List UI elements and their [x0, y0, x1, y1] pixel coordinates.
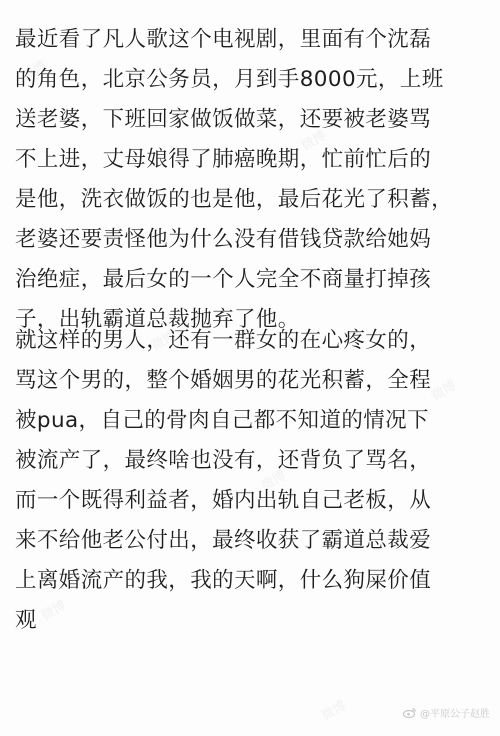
text-line: 来不给他老公付出，最终收获了霸道总裁爱: [15, 521, 490, 561]
text-line: 治绝症，最后女的一个人完全不商量打掉孩: [15, 260, 490, 300]
text-line: 不上进，丈母娘得了肺癌晚期，忙前忙后的: [15, 140, 490, 180]
text-line: 送老婆，下班回家做饭做菜，还要被老婆骂: [15, 100, 490, 140]
post-screenshot: 微博 微博 微博 微博 微博 微博 微博 最近看了凡人歌这个电视剧，里面有个沈磊…: [0, 0, 500, 736]
weibo-icon: [403, 707, 417, 718]
text-line: 而一个既得利益者，婚内出轨自己老板，从: [15, 481, 490, 521]
text-line: 的角色，北京公务员，月到手8000元，上班: [15, 60, 490, 100]
text-line: 最近看了凡人歌这个电视剧，里面有个沈磊: [15, 20, 490, 60]
text-line: 观: [15, 601, 490, 641]
text-line: 是他，洗衣做饭的也是他，最后花光了积蓄，: [15, 180, 490, 220]
watermark-text: @平原公子赵胜: [420, 705, 490, 720]
background-watermark: 微博: [317, 695, 349, 724]
weibo-watermark: @平原公子赵胜: [403, 705, 490, 720]
text-line: 骂这个男的，整个婚姻男的花光积蓄，全程: [15, 361, 490, 401]
text-line: 上离婚流产的我，我的天啊，什么狗屎价值: [15, 561, 490, 601]
paragraph-1: 最近看了凡人歌这个电视剧，里面有个沈磊 的角色，北京公务员，月到手8000元，上…: [15, 20, 490, 340]
text-line: 老婆还要责怪他为什么没有借钱贷款给她妈: [15, 220, 490, 260]
text-line: 被流产了，最终啥也没有，还背负了骂名，: [15, 441, 490, 481]
paragraph-2: 就这样的男人，还有一群女的在心疼女的， 骂这个男的，整个婚姻男的花光积蓄，全程 …: [15, 321, 490, 641]
text-line: 就这样的男人，还有一群女的在心疼女的，: [15, 321, 490, 361]
text-line: 被pua，自己的骨肉自己都不知道的情况下: [15, 401, 490, 441]
